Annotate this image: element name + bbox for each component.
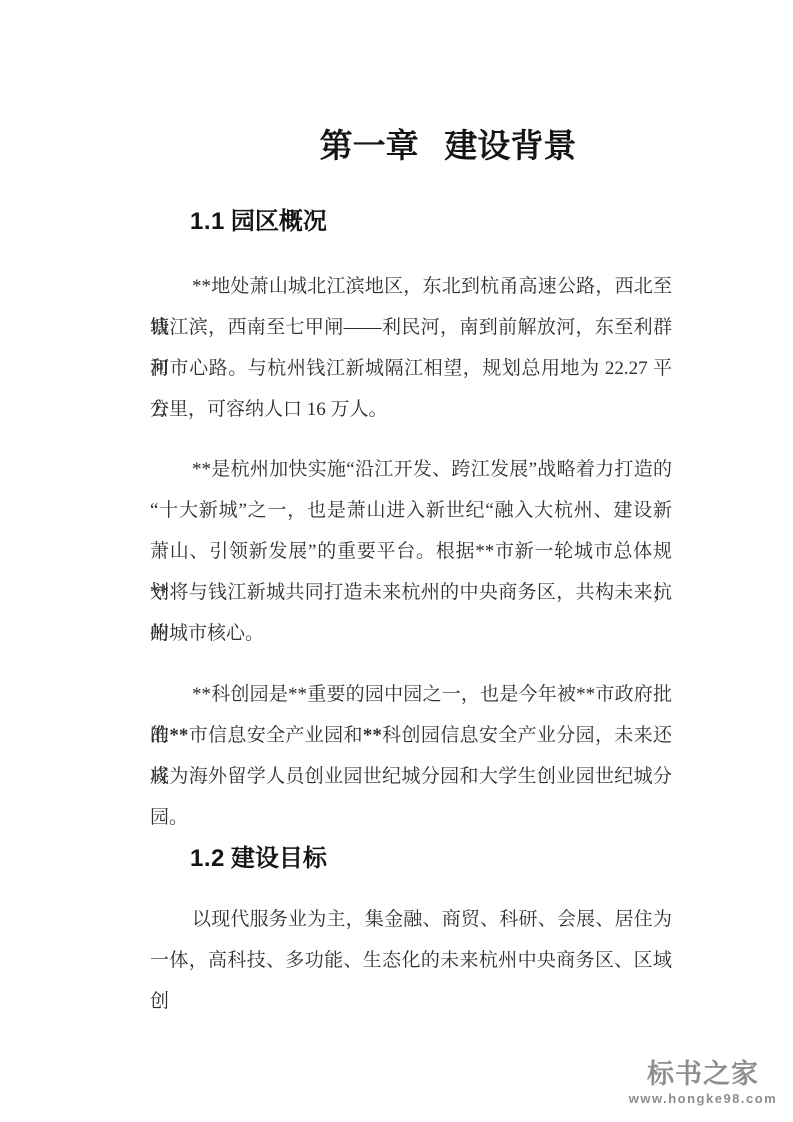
section-title: 园区概况	[231, 208, 327, 235]
text-run: 公里，可容纳人口 16 万人。	[150, 399, 388, 420]
text-line: 成为海外留学人员创业园世纪城分园和大学生创业园世纪城分	[150, 756, 672, 797]
watermark-logo: 标书之家	[623, 1058, 783, 1090]
text-run: 以现代服务业为主，集金融、商贸、科研、会展、居住为	[192, 909, 672, 930]
text-line: 和市心路。与杭州钱江新城隔江相望，规划总用地为 22.27 平方	[150, 348, 672, 389]
paragraph: **是杭州加快实施“沿江开发、跨江发展”战略着力打造的“十大新城”之一，也是萧山…	[150, 449, 672, 654]
watermark: 标书之家 www.hongke98.com	[623, 1058, 783, 1107]
text-run: **是杭州加快实施“沿江开发、跨江发展”战略着力打造的	[192, 459, 672, 480]
text-line: **将与钱江新城共同打造未来杭州的中央商务区，共构未来杭州	[150, 572, 672, 613]
text-line: 的城市核心。	[150, 613, 672, 654]
text-line: **科创园是**重要的园中园之一，也是今年被**市政府批准	[150, 674, 672, 715]
text-run: 一体，高科技、多功能、生态化的未来杭州中央商务区、区域创	[150, 950, 672, 1012]
text-line: 园。	[150, 797, 672, 838]
paragraph: 以现代服务业为主，集金融、商贸、科研、会展、居住为一体，高科技、多功能、生态化的…	[150, 899, 672, 981]
text-line: 公里，可容纳人口 16 万人。	[150, 389, 672, 430]
text-run: 的	[150, 725, 169, 746]
section-number: 1.2	[190, 845, 225, 872]
document-page: 第一章 建设背景1.1园区概况**地处萧山城北江滨地区，东北到杭甬高速公路，西北…	[0, 0, 793, 1122]
bold-text-run: **	[363, 725, 382, 746]
chapter-title: 第一章 建设背景	[150, 126, 672, 166]
section-heading-1.1: 1.1园区概况	[150, 207, 712, 237]
paragraph: **科创园是**重要的园中园之一，也是今年被**市政府批准的**市信息安全产业园…	[150, 674, 672, 838]
text-line: **地处萧山城北江滨地区，东北到杭甬高速公路，西北至钱	[150, 266, 672, 307]
text-line: 塘江滨，西南至七甲闸——利民河，南到前解放河，东至利群河	[150, 307, 672, 348]
text-run: “十大新城”之一，也是萧山进入新世纪“融入大杭州、建设新	[150, 500, 672, 521]
text-line: “十大新城”之一，也是萧山进入新世纪“融入大杭州、建设新	[150, 490, 672, 531]
section-title: 建设目标	[231, 845, 327, 872]
text-run: 的城市核心。	[150, 623, 264, 644]
text-line: 一体，高科技、多功能、生态化的未来杭州中央商务区、区域创	[150, 940, 672, 981]
section-heading-1.2: 1.2建设目标	[150, 844, 712, 874]
watermark-url: www.hongke98.com	[623, 1091, 783, 1107]
text-run: 园。	[150, 807, 188, 828]
text-line: 萧山、引领新发展”的重要平台。根据**市新一轮城市总体规划，	[150, 531, 672, 572]
section-number: 1.1	[190, 208, 225, 235]
text-line: **是杭州加快实施“沿江开发、跨江发展”战略着力打造的	[150, 449, 672, 490]
bold-text-run: **	[169, 725, 188, 746]
paragraph: **地处萧山城北江滨地区，东北到杭甬高速公路，西北至钱塘江滨，西南至七甲闸——利…	[150, 266, 672, 430]
text-line: 以现代服务业为主，集金融、商贸、科研、会展、居住为	[150, 899, 672, 940]
text-run: 市信息安全产业园和	[188, 725, 362, 746]
text-line: 的**市信息安全产业园和**科创园信息安全产业分园，未来还将	[150, 715, 672, 756]
text-run: 成为海外留学人员创业园世纪城分园和大学生创业园世纪城分	[150, 766, 672, 787]
